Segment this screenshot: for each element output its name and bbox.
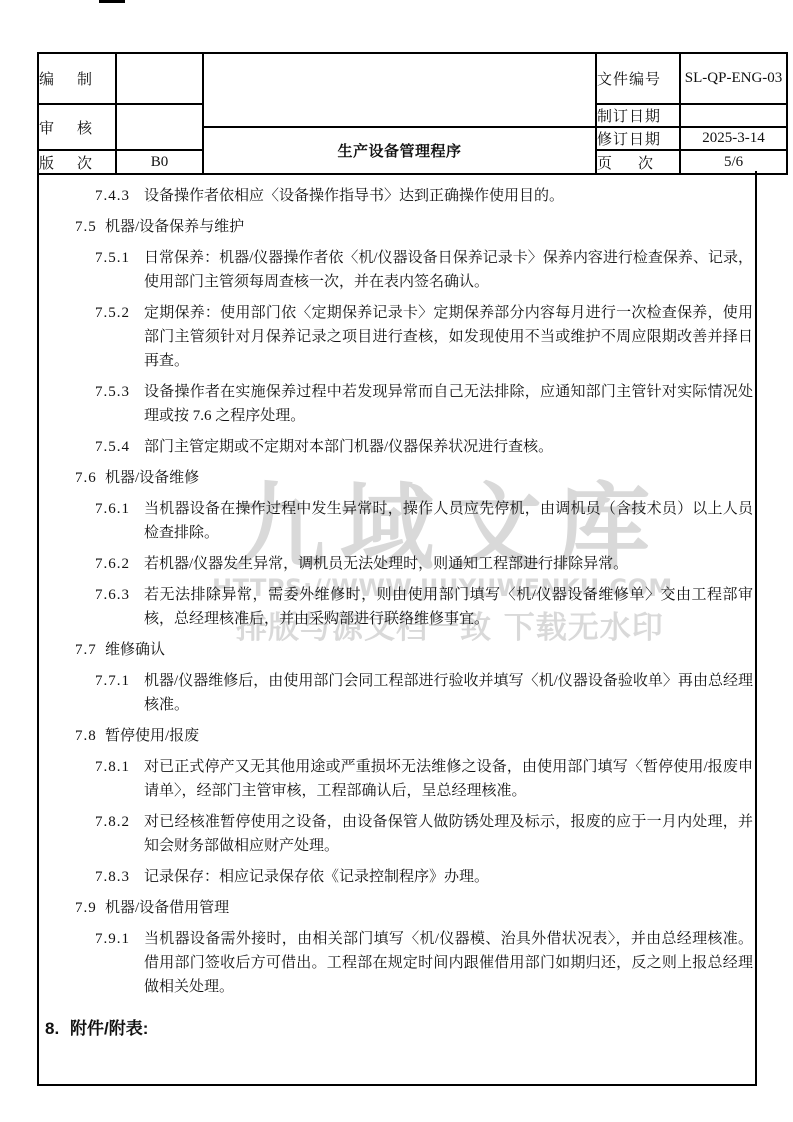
value-doc-number: SL-QP-ENG-03 [680,53,787,104]
item-number: 7.5.3 [95,380,130,404]
item-number: 7.8.2 [95,810,130,834]
label-created-date: 制订日期 [596,104,680,127]
value-created-date [680,104,787,127]
item-number: 7.5 [75,215,97,239]
item-text: 对已经核准暂停使用之设备，由设备保管人做防锈处理及标示，报废的应于一月内处理，并… [144,814,753,854]
item-text: 对已正式停产又无其他用途或严重损坏无法维修之设备，由使用部门填写〈暂停使用/报废… [144,759,753,799]
value-reviewed-by [116,104,203,150]
item-number: 7.5.1 [95,246,130,270]
item-number: 7.6.1 [95,497,130,521]
item-number: 7.7 [75,638,97,662]
item-text: 日常保养：机器/仪器操作者依〈机/仪器设备日保养记录卡〉保养内容进行检查保养、记… [144,250,753,290]
item-text: 维修确认 [105,642,165,658]
item-text: 机器/设备维修 [105,470,199,486]
procedure-item: 7.5.4 部门主管定期或不定期对本部门机器/仪器保养状况进行查核。 [39,435,755,459]
procedure-item: 7.5 机器/设备保养与维护 [39,215,755,239]
item-text: 部门主管定期或不定期对本部门机器/仪器保养状况进行查核。 [144,439,553,455]
item-number: 7.5.4 [95,435,130,459]
item-text: 当机器设备在操作过程中发生异常时，操作人员应先停机，由调机员（含技术员）以上人员… [144,501,753,541]
label-reviewed-by: 审核 [38,104,116,150]
procedure-item: 7.7 维修确认 [39,638,755,662]
item-number: 7.5.2 [95,301,130,325]
item-text: 机器/设备保养与维护 [105,219,244,235]
item-text: 设备操作者依相应〈设备操作指导书〉达到正确操作使用目的。 [144,188,564,204]
header-title-spacer [203,53,596,127]
item-text: 若机器/仪器发生异常，调机员无法处理时，则通知工程部进行排除异常。 [144,556,628,572]
procedure-item: 7.5.2 定期保养：使用部门依〈定期保养记录卡〉定期保养部分内容每月进行一次检… [39,301,755,373]
label-doc-number: 文件编号 [596,53,680,104]
item-number: 7.6.2 [95,552,130,576]
procedure-item: 7.6.1 当机器设备在操作过程中发生异常时，操作人员应先停机，由调机员（含技术… [39,497,755,545]
doc-header-table: 编制 文件编号 SL-QP-ENG-03 审核 制订日期 生产设备管理程序 修订… [37,52,788,175]
item-text: 定期保养：使用部门依〈定期保养记录卡〉定期保养部分内容每月进行一次检查保养，使用… [144,305,753,369]
procedure-item: 7.9.1 当机器设备需外接时，由相关部门填写〈机/仪器模、治具外借状况表〉，并… [39,927,755,999]
document-body: 7.4.3 设备操作者依相应〈设备操作指导书〉达到正确操作使用目的。 7.5 机… [37,171,757,1086]
procedure-item: 7.8.1 对已正式停产又无其他用途或严重损坏无法维修之设备，由使用部门填写〈暂… [39,755,755,803]
procedure-item: 7.8 暂停使用/报废 [39,724,755,748]
item-text: 机器/设备借用管理 [105,900,229,916]
procedure-item: 7.6.3 若无法排除异常，需委外维修时，则由使用部门填写〈机/仪器设备维修单〉… [39,583,755,631]
item-text: 暂停使用/报废 [105,728,199,744]
item-text: 若无法排除异常，需委外维修时，则由使用部门填写〈机/仪器设备维修单〉交由工程部审… [144,587,753,627]
item-number: 7.8.3 [95,865,130,889]
item-number: 7.7.1 [95,669,130,693]
procedure-item: 7.9 机器/设备借用管理 [39,896,755,920]
item-text: 当机器设备需外接时，由相关部门填写〈机/仪器模、治具外借状况表〉，并由总经理核准… [144,931,753,995]
item-number: 7.4.3 [95,184,130,208]
procedure-item: 7.5.3 设备操作者在实施保养过程中若发现异常而自己无法排除，应通知部门主管针… [39,380,755,428]
item-number: 7.6 [75,466,97,490]
label-prepared-by: 编制 [38,53,116,104]
item-text: 设备操作者在实施保养过程中若发现异常而自己无法排除，应通知部门主管针对实际情况处… [144,384,753,424]
procedure-item: 7.8.3 记录保存：相应记录保存依《记录控制程序》办理。 [39,865,755,889]
item-number: 7.6.3 [95,583,130,607]
item-number: 8. [45,1017,59,1041]
value-revised-date: 2025-3-14 [680,127,787,150]
item-number: 7.9 [75,896,97,920]
item-text: 附件/附表: [70,1019,148,1038]
item-text: 机器/仪器维修后，由使用部门会同工程部进行验收并填写〈机/仪器设备验收单〉再由总… [144,673,753,713]
scan-artifact [99,0,125,3]
value-prepared-by [116,53,203,104]
procedure-item: 7.4.3 设备操作者依相应〈设备操作指导书〉达到正确操作使用目的。 [39,184,755,208]
procedure-item: 7.8.2 对已经核准暂停使用之设备，由设备保管人做防锈处理及标示，报废的应于一… [39,810,755,858]
procedure-item: 7.6.2 若机器/仪器发生异常，调机员无法处理时，则通知工程部进行排除异常。 [39,552,755,576]
item-number: 7.8 [75,724,97,748]
procedure-item: 8. 附件/附表: [39,1017,755,1041]
label-revised-date: 修订日期 [596,127,680,150]
procedure-list: 7.4.3 设备操作者依相应〈设备操作指导书〉达到正确操作使用目的。 7.5 机… [39,184,755,1041]
procedure-item: 7.7.1 机器/仪器维修后，由使用部门会同工程部进行验收并填写〈机/仪器设备验… [39,669,755,717]
procedure-item: 7.5.1 日常保养：机器/仪器操作者依〈机/仪器设备日保养记录卡〉保养内容进行… [39,246,755,294]
item-number: 7.9.1 [95,927,130,951]
doc-title: 生产设备管理程序 [203,127,596,174]
item-text: 记录保存：相应记录保存依《记录控制程序》办理。 [144,869,489,885]
item-number: 7.8.1 [95,755,130,779]
procedure-item: 7.6 机器/设备维修 [39,466,755,490]
document-page: 九域文库 HTTPS://WWW.JIUYUWENKU.COM 排版与源文档一致… [0,0,793,1122]
